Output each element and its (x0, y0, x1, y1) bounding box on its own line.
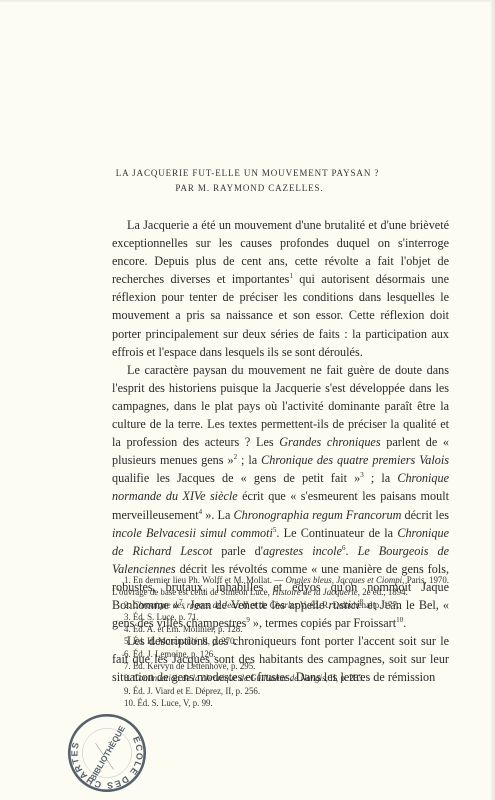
text-run: . Le Continuateur de la (276, 526, 397, 540)
text-run: V, éd. R. Delachenal p. 177. (298, 600, 399, 610)
italic-title: incole Belvacesii simul commoti (112, 526, 273, 540)
footnote-number: 1. (124, 575, 131, 585)
footnote-number: 10. (124, 698, 135, 708)
text-run: , 2e éd., 1894. (358, 587, 408, 597)
footnote-item: 6. Éd. J. Lemoine, p. 126. (112, 648, 449, 660)
footnote-item: 2. Chronique des règnes de Jean II et de… (112, 599, 449, 611)
text-run: Éd. S. Luce, V, p. 99. (135, 698, 213, 708)
text-run: ; la (237, 453, 261, 467)
italic-title: Ongles bleus, Jacques et Ciompi (286, 575, 403, 585)
article-author: PAR M. RAYMOND CAZELLES. (0, 181, 495, 196)
footnote-number: 3. (124, 612, 131, 622)
footnote-number: 9. (124, 686, 131, 696)
italic-title: agrestes incole (263, 544, 342, 558)
text-run: Éd. J. Lemoine, p. 126. (131, 649, 216, 659)
text-run: parle d' (212, 544, 263, 558)
text-run: . (345, 544, 357, 558)
page-right-edge (491, 0, 495, 800)
page-top-edge (0, 0, 495, 3)
text-run: Éd. Kervyn de Lettenhove, p. 295. (131, 661, 256, 671)
footnote-item: 3. Éd. S. Luce, p. 71. (112, 611, 449, 623)
footnote-item: 7. Éd. Kervyn de Lettenhove, p. 295. (112, 660, 449, 672)
footnote-number: 2. (124, 600, 131, 610)
text-run: Éd. J. Viard et E. Déprez, II, p. 256. (131, 686, 260, 696)
italic-title: Histoire de la Jacquerie (272, 587, 358, 597)
footnote-item: 10. Éd. S. Luce, V, p. 99. (112, 697, 449, 709)
paragraph: La Jacquerie a été un mouvement d'une br… (112, 216, 449, 361)
text-run: Éd. A. et Em. Molinier, p. 128. (131, 624, 243, 634)
footnote-item: 8. Continuation de la chronique de Guill… (112, 672, 449, 684)
text-run: , II, p. 263. (326, 673, 365, 683)
article-title-block: LA JACQUERIE FUT-ELLE UN MOUVEMENT PAYSA… (0, 166, 495, 196)
footnote-number: 7. (124, 661, 131, 671)
footnote-item: 5. Éd. H. Moranvillé, II, p. 270. (112, 635, 449, 647)
footnote-number: 4. (124, 624, 131, 634)
footnote-number: 8. (124, 673, 131, 683)
italic-title: Chronique des quatre premiers Valois (261, 453, 449, 467)
italic-title: Grandes chroniques (279, 435, 380, 449)
article-title: LA JACQUERIE FUT-ELLE UN MOUVEMENT PAYSA… (0, 166, 495, 181)
text-run: ». La (202, 508, 233, 522)
text-run: ; la (364, 471, 398, 485)
text-run: décrit les (401, 508, 449, 522)
text-run: Éd. H. Moranvillé, II, p. 270. (131, 636, 237, 646)
footnote-item: 9. Éd. J. Viard et E. Déprez, II, p. 256… (112, 685, 449, 697)
text-run: qualifie les Jacques de « gens de petit … (112, 471, 360, 485)
footnote-number: 6. (124, 649, 131, 659)
footnote-item: 4. Éd. A. et Em. Molinier, p. 128. (112, 623, 449, 635)
italic-title: Chronique des règnes de Jean II et de Ch… (133, 600, 298, 610)
footnotes: 1. En dernier lieu Ph. Wolff et M. Molla… (112, 574, 449, 709)
footnote-item: 1. En dernier lieu Ph. Wolff et M. Molla… (112, 574, 449, 599)
italic-title: Continuation de la chronique de Guillaum… (133, 673, 326, 683)
italic-title: Chronographia regum Francorum (234, 508, 402, 522)
text-run: En dernier lieu Ph. Wolff et M. Mollat. … (131, 575, 286, 585)
text-run: Éd. S. Luce, p. 71. (131, 612, 199, 622)
library-stamp-icon: ÉCOLE DES CHARTES BIBLIOTHÈQUE (66, 712, 148, 794)
footnote-number: 5. (124, 636, 131, 646)
